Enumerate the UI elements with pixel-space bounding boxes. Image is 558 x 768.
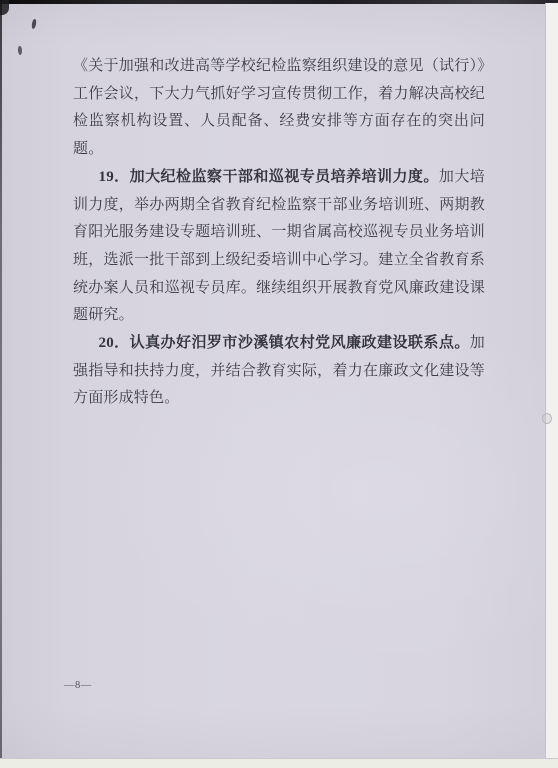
scan-margin-right [545, 3, 558, 768]
scan-edge-top [0, 0, 558, 4]
page-number: —8— [64, 680, 92, 691]
paragraph-item-20: 20．认真办好汨罗市沙溪镇农村党风廉政建设联系点。加强指导和扶持力度，并结合教育… [73, 330, 485, 413]
paragraph-bold-lead: 19．加大纪检监察干部和巡视专员培养培训力度。 [99, 169, 439, 185]
paragraph-text: 加大培训力度，举办两期全省教育纪检监察干部业务培训班、两期教育阳光服务建设专题培… [73, 169, 485, 324]
paragraph-bold-lead: 20．认真办好汨罗市沙溪镇农村党风廉政建设联系点。 [99, 335, 470, 351]
paragraph-continuation: 《关于加强和改进高等学校纪检监察组织建设的意见（试行）》工作会议，下大力气抓好学… [73, 53, 485, 164]
paragraph-item-19: 19．加大纪检监察干部和巡视专员培养培训力度。加大培训力度，举办两期全省教育纪检… [73, 164, 485, 330]
scanned-document-page: 《关于加强和改进高等学校纪检监察组织建设的意见（试行）》工作会议，下大力气抓好学… [0, 0, 558, 768]
scan-edge-left [0, 0, 2, 768]
scan-blemish [542, 413, 552, 424]
document-body: 《关于加强和改进高等学校纪检监察组织建设的意见（试行）》工作会议，下大力气抓好学… [73, 53, 485, 413]
scan-margin-bottom [0, 758, 558, 768]
ink-speck [18, 46, 23, 55]
ink-speck [31, 19, 36, 29]
paragraph-text: 《关于加强和改进高等学校纪检监察组织建设的意见（试行）》工作会议，下大力气抓好学… [73, 58, 485, 157]
